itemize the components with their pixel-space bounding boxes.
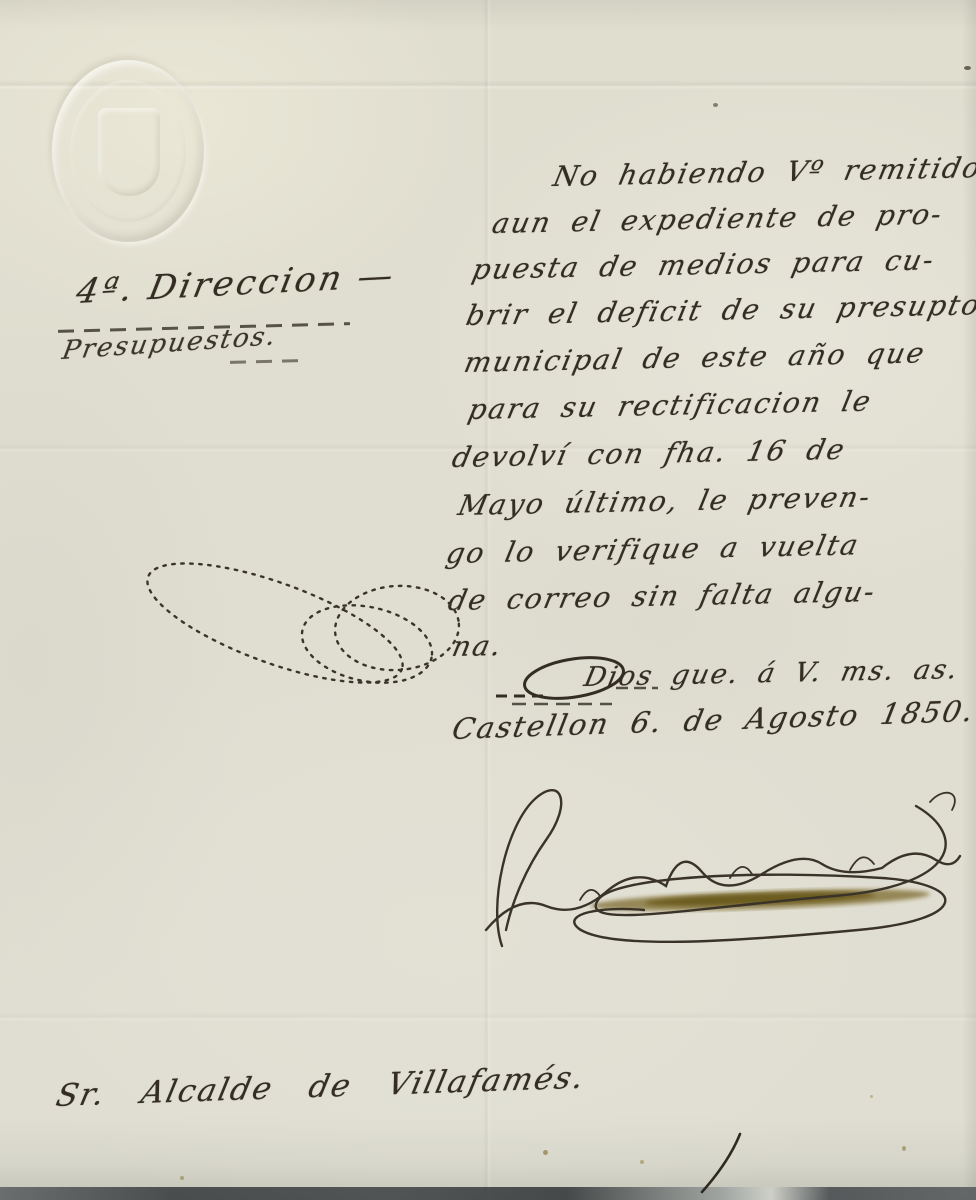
body-line: No habiendo Vº remitido [550, 151, 976, 193]
foxing-speck [180, 1176, 184, 1180]
rubric-flourish [135, 548, 475, 718]
embossed-seal [52, 60, 204, 242]
seal-coat-of-arms [98, 108, 160, 196]
foxing-speck [640, 1160, 644, 1164]
foxing-speck [543, 1150, 548, 1155]
body-line: municipal de este año que [461, 336, 929, 379]
foxing-speck [870, 1095, 873, 1098]
body-line: Mayo último, le preven- [455, 480, 874, 522]
body-line: devolví con fha. 16 de [449, 433, 849, 474]
body-line: aun el expediente de pro- [489, 198, 946, 240]
body-line: puesta de medios para cu- [469, 243, 938, 286]
addressee-line: Sr. Alcalde de Villafamés. [53, 1060, 589, 1114]
ink-fleck [964, 66, 971, 70]
margin-subject-label: Presupuestos. [60, 321, 280, 366]
valediction-line: Dios gue. á V. ms. as. [581, 654, 962, 693]
pen-tail-stroke [696, 1132, 746, 1194]
body-line: para su rectificacion le [465, 385, 875, 426]
horizontal-crease [0, 1012, 976, 1022]
signature [430, 778, 970, 968]
page-bottom-edge [0, 1187, 976, 1200]
margin-division-label: 4ª. Direccion — [73, 256, 400, 312]
margin-subject-dash [230, 359, 300, 364]
body-line: brir el deficit de su presupto [463, 288, 976, 332]
letter-page: 4ª. Direccion — Presupuestos. No habiend… [0, 0, 976, 1200]
body-line: de correo sin falta algu- [445, 575, 879, 617]
foxing-speck [902, 1146, 906, 1151]
ink-fleck [713, 103, 718, 107]
body-line: go lo verifique a vuelta [443, 528, 863, 570]
